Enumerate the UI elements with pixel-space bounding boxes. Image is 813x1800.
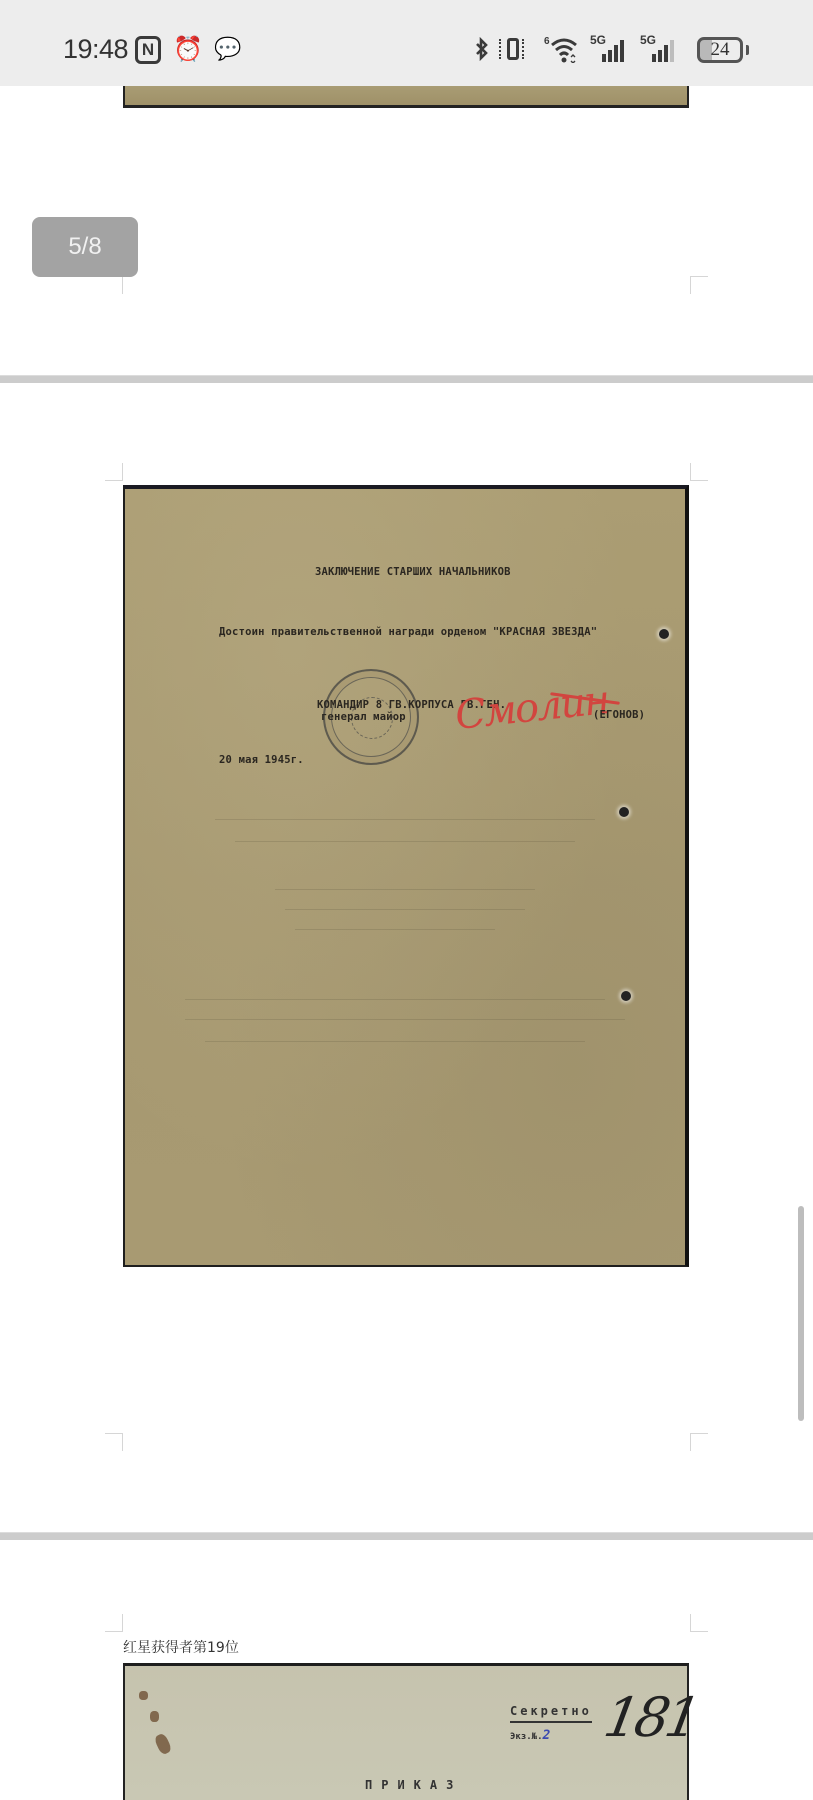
punch-hole: [659, 629, 669, 639]
previous-page-scan: [123, 86, 689, 108]
crop-mark: [105, 276, 123, 294]
order-title: ПРИКАЗ: [365, 1778, 462, 1792]
bluetooth-icon: [472, 36, 492, 62]
order-sheet-scan: Секретно Экз.№.2 181 ПРИКАЗ: [123, 1663, 689, 1800]
page-indicator: 5/8: [32, 217, 138, 277]
svg-text:6: 6: [544, 36, 550, 47]
handwritten-number: 181: [599, 1686, 701, 1749]
page-divider: [0, 1532, 813, 1540]
page-divider: [0, 375, 813, 383]
punch-hole: [619, 807, 629, 817]
wifi-6-icon: 6: [543, 36, 585, 62]
vertical-scrollbar[interactable]: [798, 1206, 804, 1421]
crop-mark: [690, 1614, 708, 1632]
crop-mark: [105, 1433, 123, 1451]
award-sheet-scan: ЗАКЛЮЧЕНИЕ СТАРШИХ НАЧАЛЬНИКОВ Достоин п…: [123, 485, 689, 1267]
signer-name: (ЕГОНОВ): [593, 709, 645, 721]
clock: 19:48: [63, 34, 128, 65]
nfc-icon: N: [135, 36, 161, 64]
status-bar: 19:48 N ⏰ 💬 6 5G 5G 24: [0, 0, 813, 86]
battery-tip: [746, 45, 749, 55]
copy-number: Экз.№.2: [510, 1728, 550, 1743]
red-signature: Смолин: [453, 677, 610, 739]
secret-label: Секретно: [510, 1704, 592, 1723]
signal-5g-icon: 5G: [590, 36, 634, 62]
crop-mark: [105, 463, 123, 481]
crop-mark: [690, 1433, 708, 1451]
vibrate-icon: [496, 36, 530, 62]
sheet-date: 20 мая 1945г.: [219, 754, 304, 766]
crop-mark: [690, 276, 708, 294]
commander-rank: генерал майор: [321, 711, 406, 723]
alarm-icon: ⏰: [173, 36, 203, 62]
sheet-heading: ЗАКЛЮЧЕНИЕ СТАРШИХ НАЧАЛЬНИКОВ: [315, 566, 511, 578]
crop-mark: [690, 463, 708, 481]
page-caption: 红星获得者第19位: [123, 1637, 239, 1657]
battery-icon: 24: [697, 37, 743, 63]
crop-mark: [105, 1614, 123, 1632]
signal-5g-icon: 5G: [640, 36, 684, 62]
punch-hole: [621, 991, 631, 1001]
wechat-icon: 💬: [212, 36, 244, 62]
recommendation-text: Достоин правительственной награди ордено…: [219, 626, 597, 638]
